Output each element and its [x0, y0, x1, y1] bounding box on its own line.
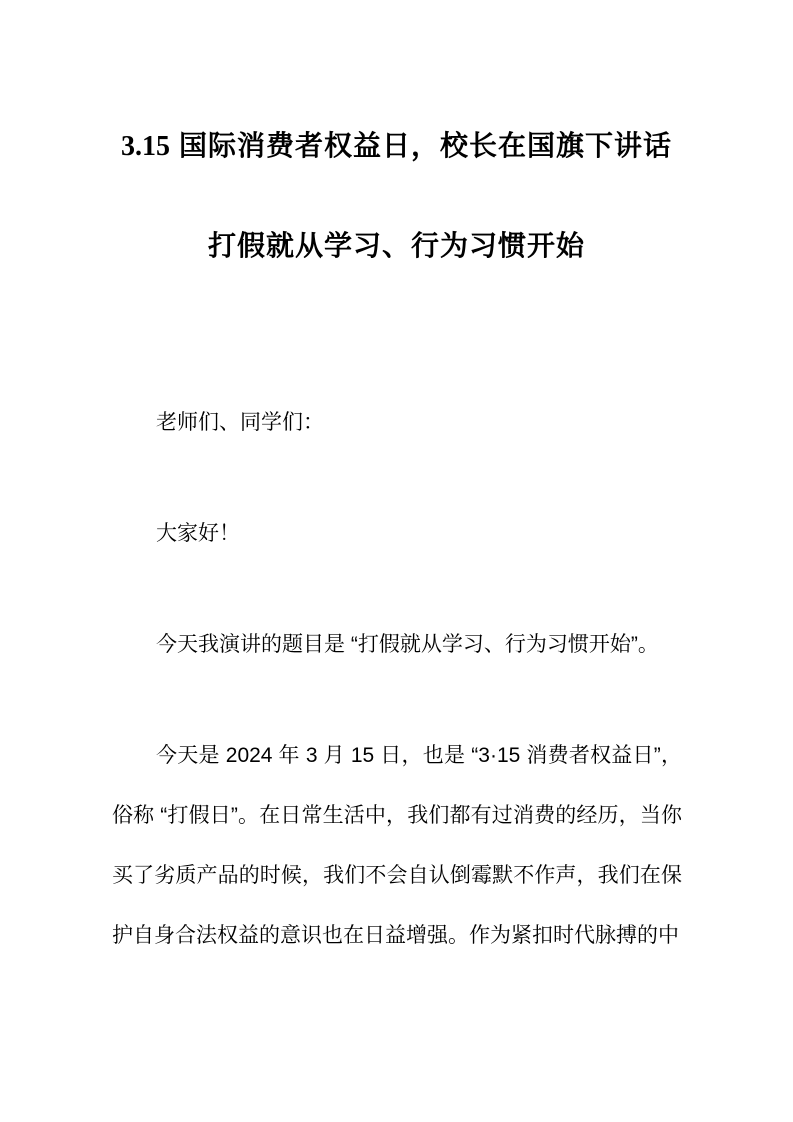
text-line: 护自身合法权益的意识也在日益增强。作为紧扣时代脉搏的中 [112, 906, 682, 966]
document-title-line1: 3.15国际消费者权益日，校长在国旗下讲话 [0, 0, 793, 167]
paragraph-greeting: 老师们、同学们： [112, 393, 682, 453]
title-line1-text: 国际消费者权益日，校长在国旗下讲话 [179, 130, 672, 161]
text-line: 俗称 “打假日”。在日常生活中，我们都有过消费的经历，当你 [112, 786, 682, 846]
text-line: 今天我演讲的题目是 “打假就从学习、行为习惯开始”。 [112, 615, 682, 675]
document-body: 老师们、同学们： 大家好！ 今天我演讲的题目是 “打假就从学习、行为习惯开始”。… [112, 393, 682, 966]
paragraph-main: 今天是 2024 年 3 月 15 日，也是 “3·15 消费者权益日”， 俗称… [112, 726, 682, 966]
paragraph-hello: 大家好！ [112, 504, 682, 564]
text-line: 大家好！ [112, 504, 682, 564]
text-line: 老师们、同学们： [112, 393, 682, 453]
document-page: 3.15国际消费者权益日，校长在国旗下讲话 打假就从学习、行为习惯开始 老师们、… [0, 0, 793, 1122]
paragraph-topic: 今天我演讲的题目是 “打假就从学习、行为习惯开始”。 [112, 615, 682, 675]
text-line: 买了劣质产品的时候，我们不会自认倒霉默不作声，我们在保 [112, 846, 682, 906]
title-number: 3.15 [121, 131, 170, 162]
document-title-line2: 打假就从学习、行为习惯开始 [0, 226, 793, 266]
text-line: 今天是 2024 年 3 月 15 日，也是 “3·15 消费者权益日”， [112, 726, 682, 786]
